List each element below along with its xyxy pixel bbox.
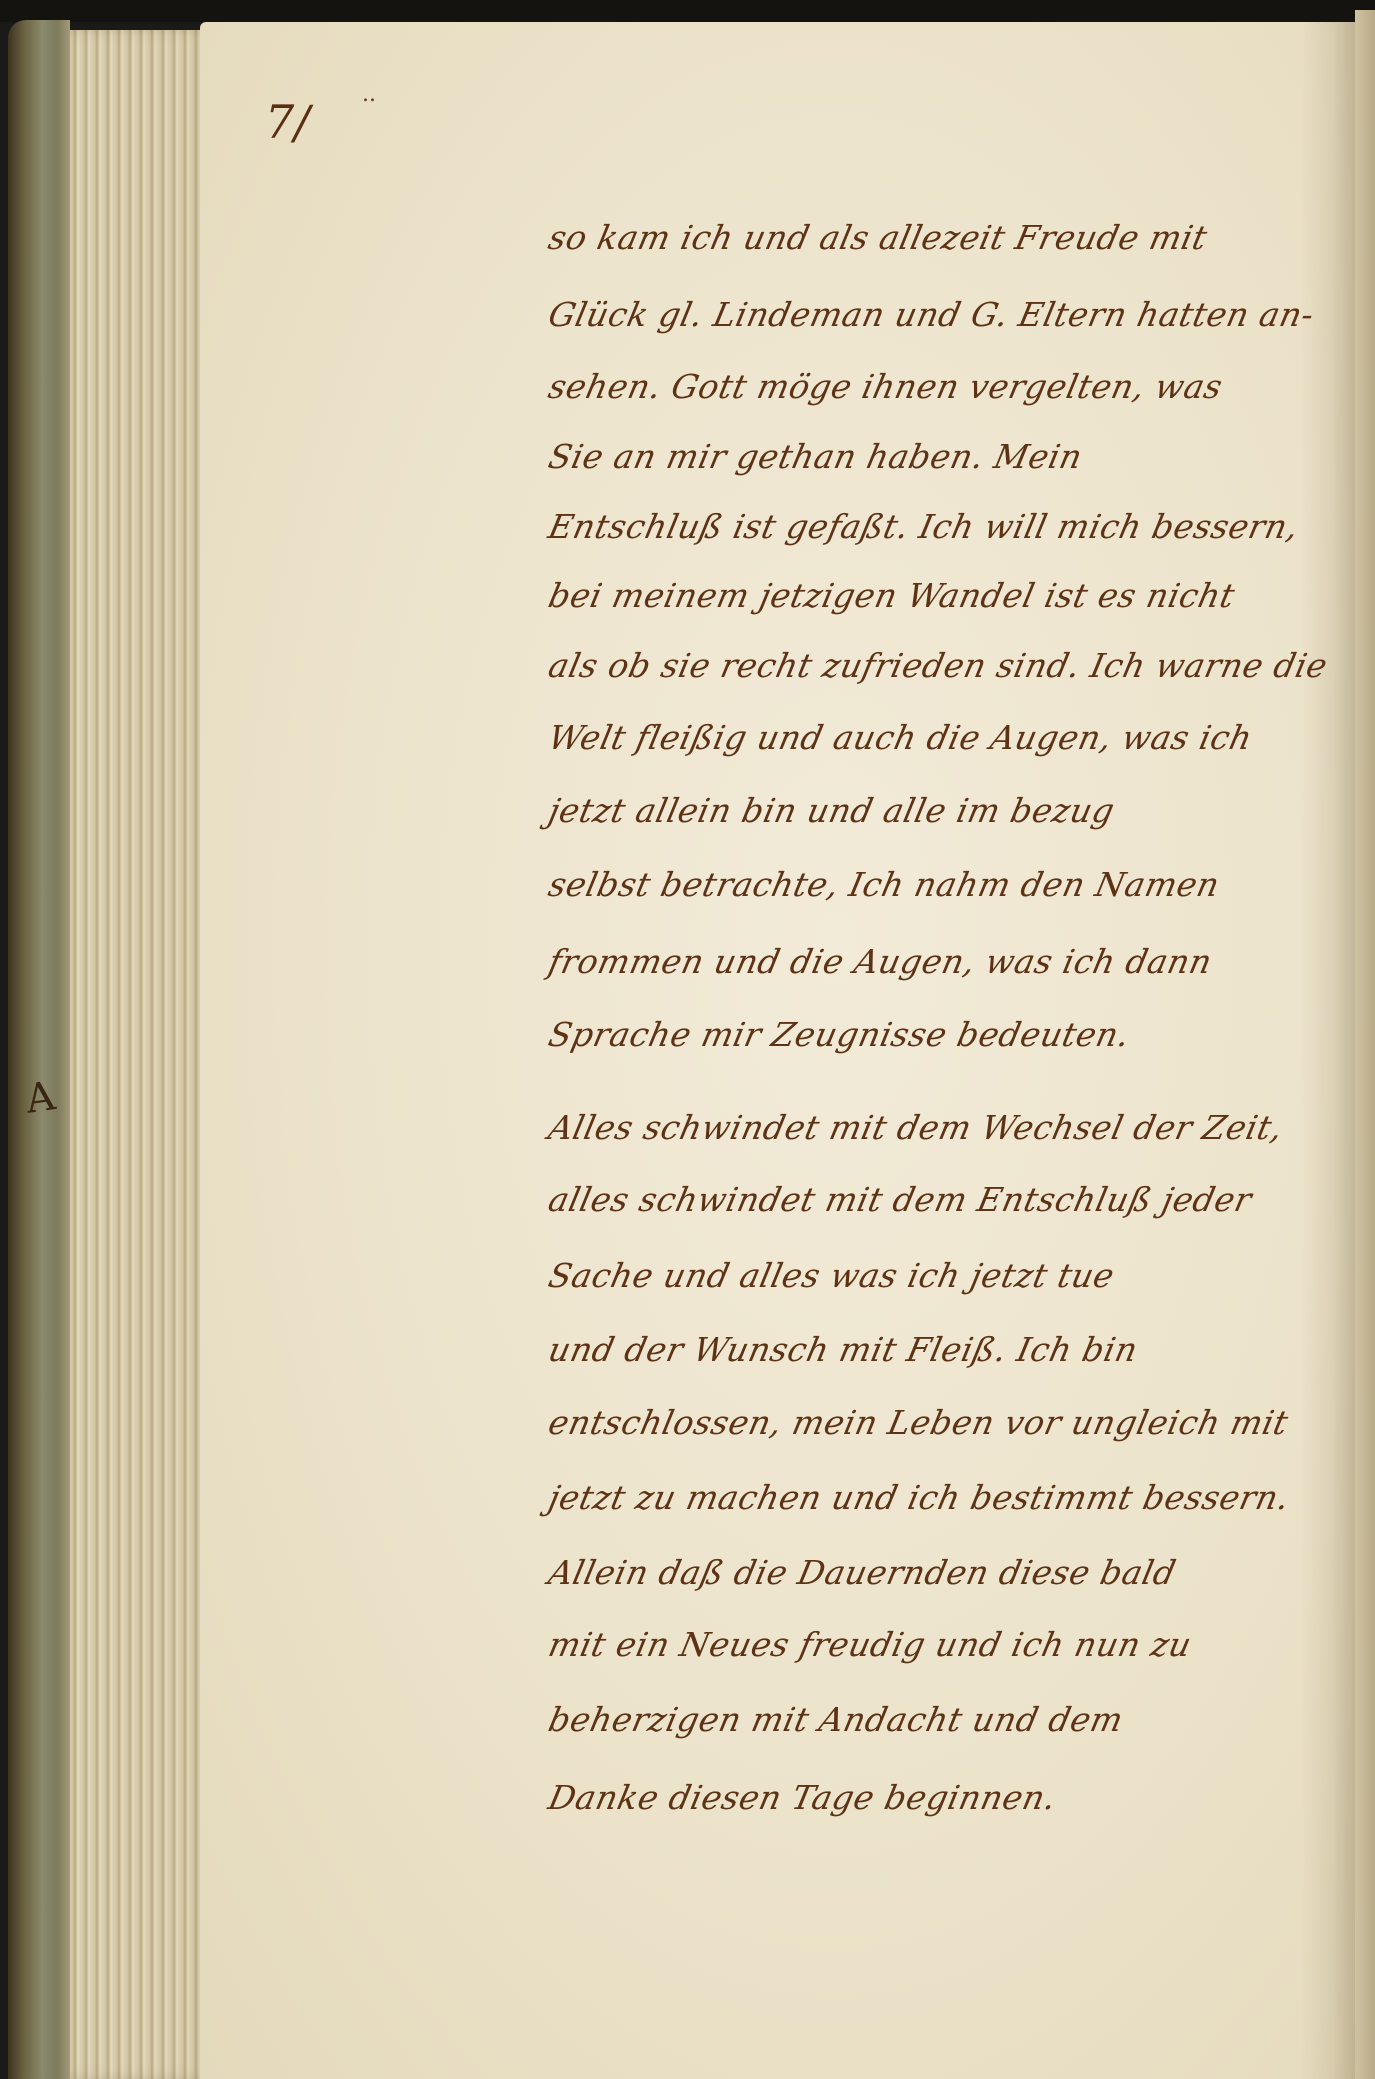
text-line: Sie an mir gethan haben. Mein — [545, 437, 1313, 476]
text-line: sehen. Gott möge ihnen vergelten, was — [545, 367, 1313, 406]
right-page-edge — [1355, 10, 1375, 2079]
page-number: 7/ — [265, 95, 310, 149]
spine-mark: A — [23, 1073, 58, 1123]
text-line: beherzigen mit Andacht und dem — [545, 1700, 1313, 1739]
text-line: Alles schwindet mit dem Wechsel der Zeit… — [545, 1108, 1313, 1147]
text-line: und der Wunsch mit Fleiß. Ich bin — [545, 1330, 1313, 1369]
text-line: mit ein Neues freudig und ich nun zu — [545, 1625, 1313, 1664]
text-line: Sache und alles was ich jetzt tue — [545, 1256, 1313, 1295]
text-line: als ob sie recht zufrieden sind. Ich war… — [545, 646, 1313, 685]
text-line: Glück gl. Lindeman und G. Eltern hatten … — [545, 295, 1313, 334]
text-line: alles schwindet mit dem Entschluß jeder — [545, 1180, 1313, 1219]
page-stack-edges — [70, 30, 210, 2079]
book-cover-spine: A — [8, 20, 70, 2079]
text-line: Allein daß die Dauernden diese bald — [545, 1553, 1313, 1592]
text-line: bei meinem jetzigen Wandel ist es nicht — [545, 576, 1313, 615]
text-line: jetzt zu machen und ich bestimmt bessern… — [545, 1478, 1313, 1517]
text-line: so kam ich und als allezeit Freude mit — [545, 218, 1313, 257]
text-line: Danke diesen Tage beginnen. — [545, 1778, 1313, 1817]
text-line: Sprache mir Zeugnisse bedeuten. — [545, 1015, 1313, 1054]
text-line: selbst betrachte, Ich nahm den Namen — [545, 865, 1313, 904]
scan-top-border — [0, 0, 1375, 22]
text-line: jetzt allein bin und alle im bezug — [545, 791, 1313, 830]
text-line: Welt fleißig und auch die Augen, was ich — [545, 718, 1313, 757]
text-line: frommen und die Augen, was ich dann — [545, 942, 1313, 981]
text-line: entschlossen, mein Leben vor ungleich mi… — [545, 1403, 1313, 1442]
page-number-marks: .. — [362, 82, 376, 107]
text-line: Entschluß ist gefaßt. Ich will mich bess… — [545, 507, 1313, 546]
